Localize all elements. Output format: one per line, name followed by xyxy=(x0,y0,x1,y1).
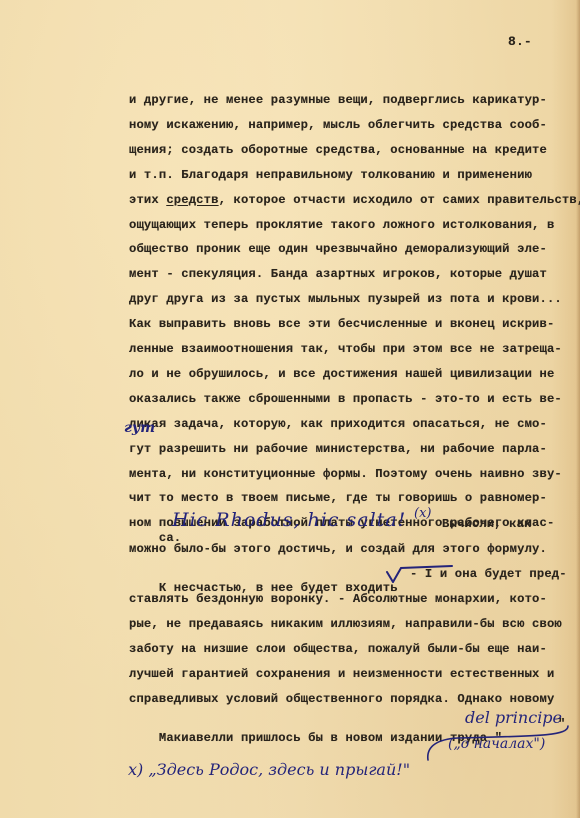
typed-line: и т.п. Благодаря неправильному толковани… xyxy=(129,168,532,182)
typed-line: друг друга из за пустых мыльных пузырей … xyxy=(129,292,562,306)
typed-line: оказались также сброшенными в пропасть -… xyxy=(129,392,562,406)
typed-line: и другие, не менее разумные вещи, подвер… xyxy=(129,93,547,107)
handwritten-annotation-on-beginnings: („о началах") xyxy=(448,736,545,752)
paper-edge xyxy=(576,0,580,818)
handwritten-correction: гут xyxy=(124,420,155,436)
typed-line: лучшей гарантией сохранения и неизменнос… xyxy=(129,667,554,681)
handwritten-footnote: x) „Здесь Родос, здесь и прыгай!" xyxy=(128,760,410,779)
typed-line: щения; создать оборотные средства, основ… xyxy=(129,143,547,157)
typed-line: чит то место в твоем письме, где ты гово… xyxy=(129,491,547,505)
handwritten-hic-rhodus: Hic Rhodus, hic salta! xyxy=(172,509,406,531)
typed-line: этих средств, которое отчасти исходило о… xyxy=(129,193,580,207)
typed-line: мент - спекуляция. Банда азартных игроко… xyxy=(129,267,547,281)
typed-line: можно было-бы этого достичь, и создай дл… xyxy=(129,542,547,556)
typed-line: ощущающих теперь проклятие такого ложног… xyxy=(129,218,554,232)
typed-line: Как выправить вновь все эти бесчисленные… xyxy=(129,317,554,331)
typed-line: рые, не предаваясь никаким иллюзиям, нап… xyxy=(129,617,562,631)
typed-text: Вычисли, как xyxy=(442,517,532,531)
typed-line: общество проник еще один чрезвычайно дем… xyxy=(129,242,547,256)
page-number: 8.- xyxy=(508,34,532,49)
typed-line: ленные взаимоотношения так, чтобы при эт… xyxy=(129,342,562,356)
typed-line: гут разрешить ни рабочие министерства, н… xyxy=(129,442,547,456)
typed-line: ному искажению, например, мысль облегчит… xyxy=(129,118,547,132)
typed-line: мента, ни конституционные формы. Поэтому… xyxy=(129,467,562,481)
underlined-word: средств xyxy=(166,193,218,207)
typed-text: - I и она будет пред- xyxy=(410,567,567,581)
handwritten-footnote-mark: (x) xyxy=(414,506,431,521)
typed-line: справедливых условий общественного поряд… xyxy=(129,692,554,706)
typed-line: ло и не обрушилось, и все достижения наш… xyxy=(129,367,554,381)
typed-line: заботу на низшие слои общества, пожалуй … xyxy=(129,642,547,656)
document-page: 8.- и другие, не менее разумные вещи, по… xyxy=(0,0,580,818)
typed-line: ликая задача, которую, как приходится оп… xyxy=(129,417,547,431)
typed-line: ставлять бездонную воронку. - Абсолютные… xyxy=(129,592,547,606)
